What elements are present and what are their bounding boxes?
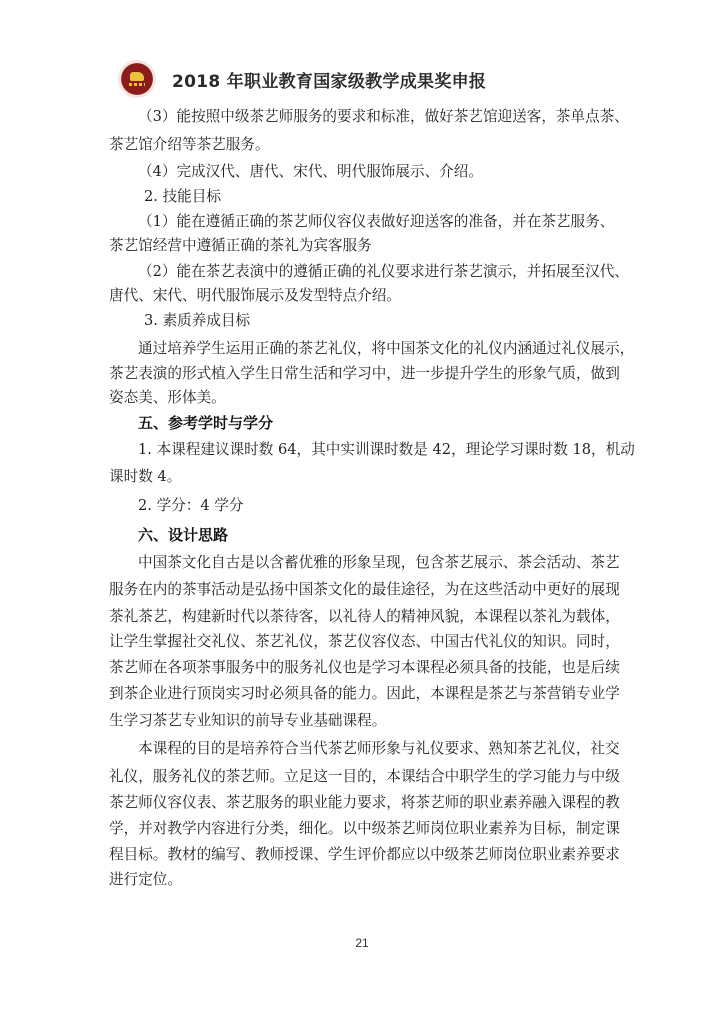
paragraph-line: 茶艺师仪容仪表、茶艺服务的职业能力要求，将茶艺师的职业素养融入课程的教 <box>109 793 607 813</box>
page-number: 21 <box>0 936 724 950</box>
paragraph-line: 课时数 4。 <box>109 467 607 487</box>
paragraph-line: 唐代、宋代、明代服饰展示及发型特点介绍。 <box>109 286 607 306</box>
paragraph-line: 本课程的目的是培养符合当代茶艺师形象与礼仪要求、熟知茶艺礼仪，社交 <box>138 739 607 759</box>
paragraph-line: 到茶企业进行顶岗实习时必须具备的能力。因此，本课程是茶艺与茶营销专业学 <box>109 684 607 704</box>
paragraph-line: 学，并对教学内容进行分类，细化。以中级茶艺师岗位职业素养为目标，制定课 <box>109 819 607 839</box>
paragraph-line: 3. 素质养成目标 <box>144 311 642 331</box>
section-heading: 六、设计思路 <box>138 525 607 545</box>
paragraph-line: 程目标。教材的编写、教师授课、学生评价都应以中级茶艺师岗位职业素养要求 <box>109 845 607 865</box>
paragraph-line: 茶礼茶艺，构建新时代以茶待客，以礼待人的精神风貌，本课程以茶礼为载体， <box>109 607 607 627</box>
paragraph-line: 进行定位。 <box>109 870 607 890</box>
paragraph-line: 通过培养学生运用正确的茶艺礼仪，将中国茶文化的礼仪内涵通过礼仪展示， <box>138 339 607 359</box>
paragraph-line: （1）能在遵循正确的茶艺师仪容仪表做好迎送客的准备，并在茶艺服务、 <box>138 212 607 232</box>
document-header: 2018 年职业教育国家级教学成果奖申报 <box>118 59 486 99</box>
paragraph-line: 礼仪，服务礼仪的茶艺师。立足这一目的，本课结合中职学生的学习能力与中级 <box>109 767 607 787</box>
paragraph-line: 1. 本课程建议课时数 64，其中实训课时数是 42，理论学习课时数 18，机动 <box>138 440 607 460</box>
paragraph-line: 茶艺师在各项茶事服务中的服务礼仪也是学习本课程必须具备的技能，也是后续 <box>109 658 607 678</box>
paragraph-line: 2. 技能目标 <box>144 187 642 207</box>
horse-emblem-icon <box>130 72 144 81</box>
paragraph-line: （4）完成汉代、唐代、宋代、明代服饰展示、介绍。 <box>138 162 607 182</box>
paragraph-line: （2）能在茶艺表演中的遵循正确的礼仪要求进行茶艺演示，并拓展至汉代、 <box>138 262 607 282</box>
school-emblem-icon <box>118 60 156 98</box>
section-heading: 五、参考学时与学分 <box>138 413 607 433</box>
paragraph-line: 茶艺馆介绍等茶艺服务。 <box>109 135 607 155</box>
header-title: 2018 年职业教育国家级教学成果奖申报 <box>172 67 486 92</box>
paragraph-line: 生学习茶艺专业知识的前导专业基础课程。 <box>109 711 607 731</box>
paragraph-line: 2. 学分：4 学分 <box>138 496 607 516</box>
paragraph-line: 中国茶文化自古是以含蓄优雅的形象呈现，包含茶艺展示、茶会活动、茶艺 <box>138 553 607 573</box>
paragraph-line: 茶艺表演的形式植入学生日常生活和学习中，进一步提升学生的形象气质，做到 <box>109 364 607 384</box>
paragraph-line: 让学生掌握社交礼仪、茶艺礼仪，茶艺仪容仪态、中国古代礼仪的知识。同时， <box>109 632 607 652</box>
paragraph-line: 服务在内的茶事活动是弘扬中国茶文化的最佳途径，为在这些活动中更好的展现 <box>109 580 607 600</box>
paragraph-line: 茶艺馆经营中遵循正确的茶礼为宾客服务 <box>109 236 607 256</box>
paragraph-line: 姿态美、形体美。 <box>109 388 607 408</box>
emblem-dots-icon <box>129 83 145 86</box>
paragraph-line: （3）能按照中级茶艺师服务的要求和标准，做好茶艺馆迎送客，茶单点茶、 <box>138 107 607 127</box>
